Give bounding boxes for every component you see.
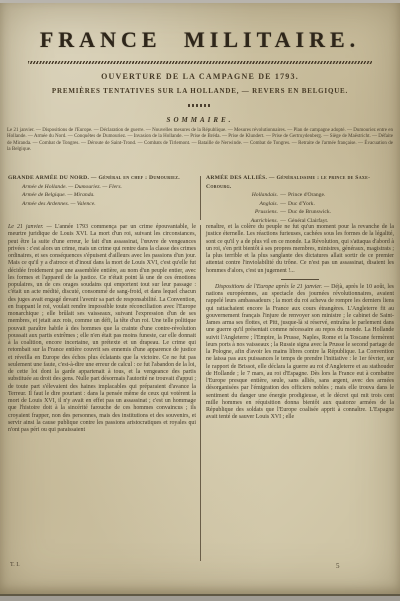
sommaire-text: Le 21 janvier. — Dispositions de l'Europ… xyxy=(7,128,393,154)
column-divider xyxy=(200,176,201,220)
army-line: Armée de Hollande. — Dumouriez. — Flers. xyxy=(8,183,196,192)
body-column-right: renaître, et la colère du peuple ne fut … xyxy=(206,224,394,422)
allied-army-row: Hollandais. — Prince d'Orange. xyxy=(206,191,393,200)
page-title: FRANCE MILITAIRE. xyxy=(0,27,400,53)
french-army-header: GRANDE ARMÉE DU NORD. — Général en chef … xyxy=(8,174,196,183)
paragraph-text: L'année 1793 commença par un crime épouv… xyxy=(8,224,196,433)
dash: — xyxy=(278,200,288,209)
nation-label: Hollandais. xyxy=(206,191,278,200)
army-line: Armée de Belgique. — Miranda. xyxy=(8,191,196,200)
dash: — xyxy=(278,208,288,217)
allied-army-list: ARMÉE DES ALLIÉS. — Généralissime : le p… xyxy=(206,174,393,225)
ornament-rule xyxy=(188,104,212,107)
commander-name: Prince d'Orange. xyxy=(288,191,393,200)
section-paragraph: Dispositions de l'Europe après le 21 jan… xyxy=(206,284,394,422)
paragraph-text: Déjà, après le 10 août, les nations euro… xyxy=(206,284,394,421)
paragraph-lead: Le 21 janvier. — xyxy=(8,224,52,230)
allied-army-row: Anglais. — Duc d'York. xyxy=(206,200,393,209)
commander-name: Duc d'York. xyxy=(288,200,393,209)
nation-label: Anglais. xyxy=(206,200,278,209)
commander-name: Duc de Brunswick. xyxy=(288,208,393,217)
section-rule xyxy=(281,279,319,280)
paragraph-continuation: renaître, et la colère du peuple ne fut … xyxy=(206,224,394,275)
allied-army-row: Prussiens. — Duc de Brunswick. xyxy=(206,208,393,217)
chapter-title: OUVERTURE DE LA CAMPAGNE DE 1793. xyxy=(0,72,400,81)
chapter-subtitle: PREMIÈRES TENTATIVES SUR LA HOLLANDE, — … xyxy=(0,87,400,95)
tome-mark: T. I. xyxy=(10,562,20,568)
paper-sheet: FRANCE MILITAIRE. OUVERTURE DE LA CAMPAG… xyxy=(0,3,400,596)
body-column-left: Le 21 janvier. — L'année 1793 commença p… xyxy=(8,224,196,434)
section-heading: Dispositions de l'Europe après le 21 jan… xyxy=(215,284,329,290)
title-rule xyxy=(28,61,372,64)
dash: — xyxy=(278,191,288,200)
allied-army-header: ARMÉE DES ALLIÉS. — Généralissime : le p… xyxy=(206,174,393,191)
sommaire-heading: SOMMAIRE. xyxy=(0,116,400,124)
french-army-list: GRANDE ARMÉE DU NORD. — Général en chef … xyxy=(8,174,196,208)
nation-label: Prussiens. xyxy=(206,208,278,217)
sheet-signature: 5 xyxy=(336,562,340,570)
scanned-page: Le-livre.com FRANCE MILITAIRE. OUVERTURE… xyxy=(0,0,400,601)
column-divider xyxy=(200,225,201,561)
army-line: Armée des Ardennes. — Valence. xyxy=(8,200,196,209)
